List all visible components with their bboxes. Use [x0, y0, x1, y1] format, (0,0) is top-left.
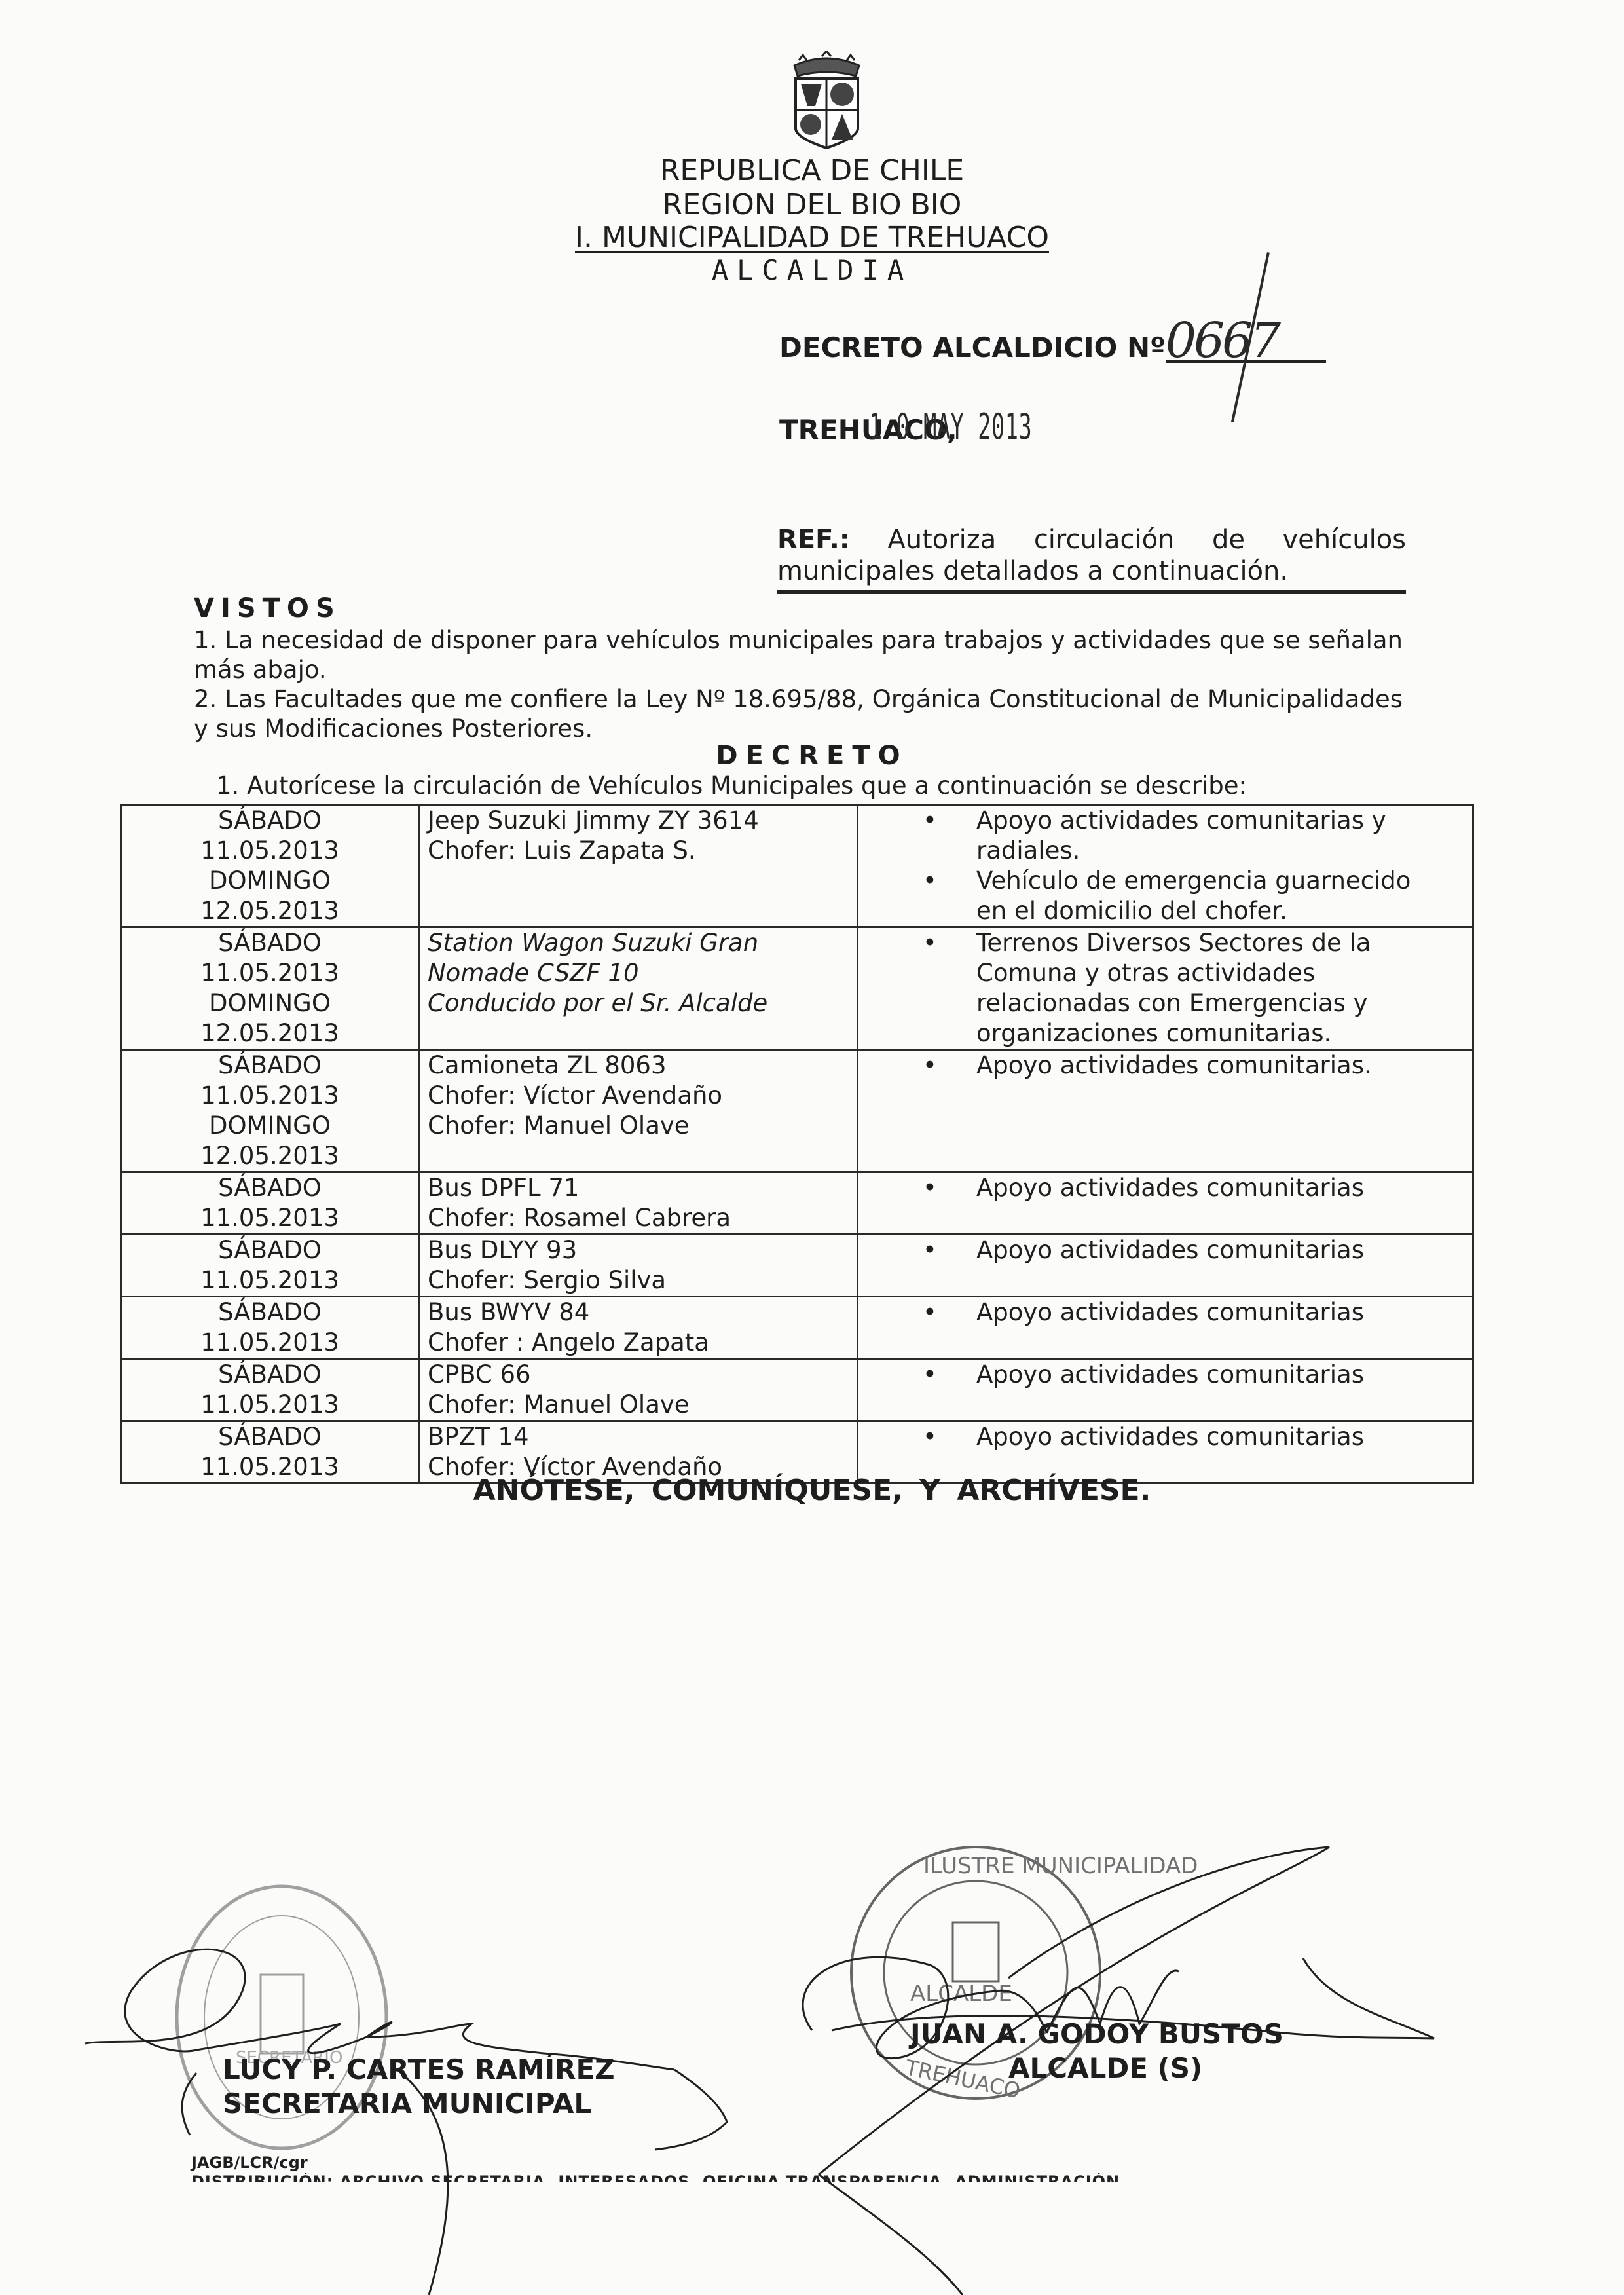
date-line: SÁBADO	[122, 1297, 418, 1328]
date-line: SÁBADO	[122, 928, 418, 958]
vehicle-driver-cell: CPBC 66Chofer: Manuel Olave	[419, 1359, 858, 1421]
vehicle-row: SÁBADO11.05.2013DOMINGO12.05.2013Camione…	[121, 1050, 1473, 1172]
vehicle-row: SÁBADO11.05.2013Bus BWYV 84Chofer : Ange…	[121, 1297, 1473, 1359]
date-line: 11.05.2013	[122, 836, 418, 866]
vehicle-row: SÁBADO11.05.2013DOMINGO12.05.2013Station…	[121, 927, 1473, 1050]
decreto-article-1: 1. Autorícese la circulación de Vehículo…	[216, 772, 1247, 800]
driver-line: Chofer: Sergio Silva	[428, 1265, 857, 1296]
office-line: ALCALDIA	[0, 254, 1624, 287]
activity-item: Apoyo actividades comunitarias	[858, 1297, 1472, 1328]
date-line: 11.05.2013	[122, 1203, 418, 1233]
vehicle-dates-cell: SÁBADO11.05.2013	[121, 1359, 419, 1421]
vehicle-dates-cell: SÁBADO11.05.2013	[121, 1172, 419, 1235]
municipality-line: I. MUNICIPALIDAD DE TREHUACO	[0, 221, 1624, 254]
mayor-signature-block: JUAN A. GODOY BUSTOS ALCALDE (S)	[910, 2017, 1283, 2085]
date-line: DOMINGO	[122, 988, 418, 1018]
date-line: 11.05.2013	[122, 1081, 418, 1111]
vehicle-name: Bus BWYV 84	[428, 1297, 857, 1328]
driver-line: Nomade CSZF 10	[428, 958, 857, 988]
activity-item: Apoyo actividades comunitarias	[858, 1235, 1472, 1265]
reference-initials: JAGB/LCR/cgr	[191, 2154, 308, 2172]
date-line: DOMINGO	[122, 866, 418, 896]
vehicle-row: SÁBADO11.05.2013DOMINGO12.05.2013Jeep Su…	[121, 805, 1473, 927]
date-line: DOMINGO	[122, 1111, 418, 1141]
vehicle-dates-cell: SÁBADO11.05.2013DOMINGO12.05.2013	[121, 927, 419, 1050]
activity-item: Apoyo actividades comunitarias y radiale…	[858, 806, 1472, 866]
vehicle-dates-cell: SÁBADO11.05.2013	[121, 1235, 419, 1297]
activities-cell: Apoyo actividades comunitarias	[858, 1359, 1473, 1421]
activities-list: Apoyo actividades comunitarias	[858, 1297, 1472, 1328]
activity-item: Vehículo de emergencia guarnecido en el …	[858, 866, 1472, 926]
vehicle-name: Jeep Suzuki Jimmy ZY 3614	[428, 806, 857, 836]
vistos-item-2: 2. Las Facultades que me confiere la Ley…	[194, 684, 1403, 743]
vehicles-table: SÁBADO11.05.2013DOMINGO12.05.2013Jeep Su…	[120, 804, 1474, 1484]
vehicle-dates-cell: SÁBADO11.05.2013DOMINGO12.05.2013	[121, 1050, 419, 1172]
decree-number: DECRETO ALCALDICIO Nº0667	[779, 321, 1326, 364]
activities-list: Apoyo actividades comunitarias	[858, 1422, 1472, 1452]
vehicle-row: SÁBADO11.05.2013Bus DLYY 93Chofer: Sergi…	[121, 1235, 1473, 1297]
secretary-signature-icon	[85, 1949, 727, 2295]
vehicle-name: Bus DPFL 71	[428, 1173, 857, 1203]
activity-item: Apoyo actividades comunitarias	[858, 1422, 1472, 1452]
reference-label: REF.:	[777, 525, 850, 555]
vehicle-name: Camioneta ZL 8063	[428, 1051, 857, 1081]
country-line: REPUBLICA DE CHILE	[0, 155, 1624, 187]
activities-list: Apoyo actividades comunitarias	[858, 1173, 1472, 1203]
vehicle-driver-cell: Station Wagon Suzuki GranNomade CSZF 10C…	[419, 927, 858, 1050]
secretary-title: SECRETARIA MUNICIPAL	[223, 2087, 615, 2121]
date-line: 12.05.2013	[122, 896, 418, 926]
decreto-heading: DECRETO	[0, 741, 1624, 771]
reference-block: REF.: Autoriza circulación de vehículos …	[777, 524, 1406, 587]
date-line: SÁBADO	[122, 1422, 418, 1452]
vehicle-dates-cell: SÁBADO11.05.2013DOMINGO12.05.2013	[121, 805, 419, 927]
municipal-coat-of-arms-icon	[783, 51, 871, 149]
driver-line: Chofer: Rosamel Cabrera	[428, 1203, 857, 1233]
date-line: SÁBADO	[122, 1051, 418, 1081]
date-line: 11.05.2013	[122, 1328, 418, 1358]
activities-list: Apoyo actividades comunitarias.	[858, 1051, 1472, 1081]
distribution-list: DISTRIBUCIÓN: ARCHIVO SECRETARIA, INTERE…	[191, 2173, 1120, 2182]
vehicle-name: CPBC 66	[428, 1360, 857, 1390]
date-line: SÁBADO	[122, 806, 418, 836]
region-line: REGION DEL BIO BIO	[0, 189, 1624, 221]
vehicle-driver-cell: Jeep Suzuki Jimmy ZY 3614Chofer: Luis Za…	[419, 805, 858, 927]
vehicle-driver-cell: Bus DPFL 71Chofer: Rosamel Cabrera	[419, 1172, 858, 1235]
secretary-name: LUCY P. CARTES RAMÍREZ	[223, 2053, 615, 2087]
date-line: 12.05.2013	[122, 1141, 418, 1171]
vehicle-driver-cell: Camioneta ZL 8063Chofer: Víctor Avendaño…	[419, 1050, 858, 1172]
vehicle-driver-cell: Bus BWYV 84Chofer : Angelo Zapata	[419, 1297, 858, 1359]
date-line: 11.05.2013	[122, 1390, 418, 1420]
activity-item: Apoyo actividades comunitarias	[858, 1360, 1472, 1390]
secretary-signature-block: LUCY P. CARTES RAMÍREZ SECRETARIA MUNICI…	[223, 2053, 615, 2121]
activities-list: Apoyo actividades comunitarias	[858, 1235, 1472, 1265]
driver-line: Chofer: Manuel Olave	[428, 1390, 857, 1420]
vehicle-dates-cell: SÁBADO11.05.2013	[121, 1297, 419, 1359]
driver-line: Chofer: Manuel Olave	[428, 1111, 857, 1141]
activities-cell: Apoyo actividades comunitarias	[858, 1297, 1473, 1359]
activities-cell: Apoyo actividades comunitarias	[858, 1235, 1473, 1297]
municipality-name: I. MUNICIPALIDAD DE TREHUACO	[575, 221, 1049, 254]
activities-cell: Apoyo actividades comunitarias	[858, 1172, 1473, 1235]
svg-text:ILUSTRE MUNICIPALIDAD: ILUSTRE MUNICIPALIDAD	[923, 1853, 1198, 1879]
svg-text:ALCALDE: ALCALDE	[910, 1981, 1012, 2007]
vistos-item-1: 1. La necesidad de disponer para vehícul…	[194, 625, 1403, 684]
driver-line: Chofer: Luis Zapata S.	[428, 836, 857, 866]
closing-formula: ANÓTESE, COMUNÍQUESE, Y ARCHÍVESE.	[0, 1474, 1624, 1507]
reference-text: Autoriza circulación de vehículos munici…	[777, 525, 1406, 586]
vehicle-driver-cell: Bus DLYY 93Chofer: Sergio Silva	[419, 1235, 858, 1297]
vehicle-name: Station Wagon Suzuki Gran	[428, 928, 857, 958]
activity-item: Apoyo actividades comunitarias.	[858, 1051, 1472, 1081]
vehicle-row: SÁBADO11.05.2013Bus DPFL 71Chofer: Rosam…	[121, 1172, 1473, 1235]
activity-item: Apoyo actividades comunitarias	[858, 1173, 1472, 1203]
driver-line: Chofer : Angelo Zapata	[428, 1328, 857, 1358]
vehicle-row: SÁBADO11.05.2013CPBC 66Chofer: Manuel Ol…	[121, 1359, 1473, 1421]
mayor-name: JUAN A. GODOY BUSTOS	[910, 2017, 1283, 2051]
vehicle-name: BPZT 14	[428, 1422, 857, 1452]
date-line: 11.05.2013	[122, 958, 418, 988]
date-line: SÁBADO	[122, 1235, 418, 1265]
activities-list: Apoyo actividades comunitarias y radiale…	[858, 806, 1472, 926]
date-line: 11.05.2013	[122, 1265, 418, 1296]
vistos-heading: VISTOS	[194, 593, 341, 624]
activities-cell: Apoyo actividades comunitarias y radiale…	[858, 805, 1473, 927]
mayor-title: ALCALDE (S)	[910, 2051, 1283, 2085]
activities-list: Terrenos Diversos Sectores de la Comuna …	[858, 928, 1472, 1049]
activities-cell: Apoyo actividades comunitarias.	[858, 1050, 1473, 1172]
date-line: 12.05.2013	[122, 1018, 418, 1049]
driver-line: Chofer: Víctor Avendaño	[428, 1081, 857, 1111]
reference-divider	[777, 590, 1406, 594]
decree-number-label: DECRETO ALCALDICIO Nº	[779, 331, 1166, 364]
date-line: SÁBADO	[122, 1173, 418, 1203]
date-line: SÁBADO	[122, 1360, 418, 1390]
driver-line: Conducido por el Sr. Alcalde	[428, 988, 857, 1018]
activities-list: Apoyo actividades comunitarias	[858, 1360, 1472, 1390]
activities-cell: Terrenos Diversos Sectores de la Comuna …	[858, 927, 1473, 1050]
activity-item: Terrenos Diversos Sectores de la Comuna …	[858, 928, 1472, 1049]
vehicle-name: Bus DLYY 93	[428, 1235, 857, 1265]
date-stamp: 1 0 MAY 2013	[869, 406, 1032, 447]
